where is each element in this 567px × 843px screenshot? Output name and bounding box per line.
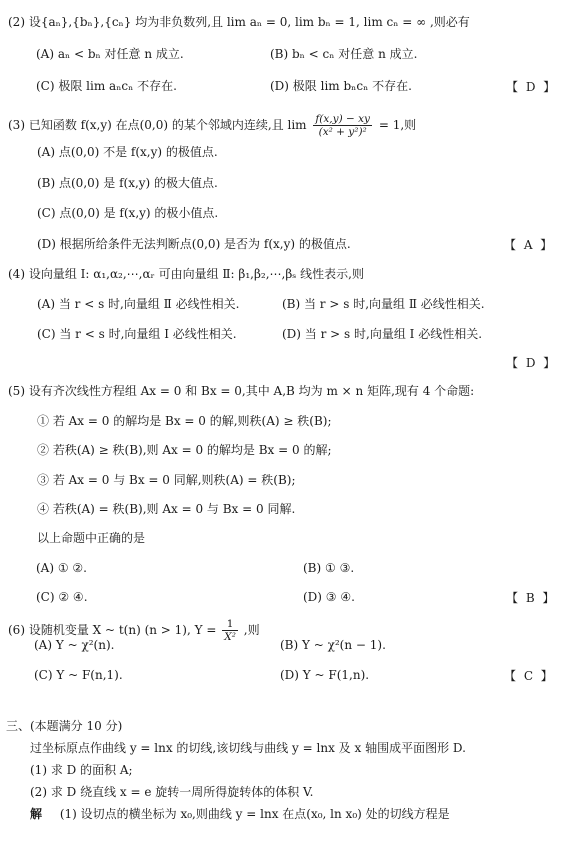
q4-option-a: (A) 当 r < s 时,向量组 Ⅱ 必线性相关.: [37, 296, 239, 312]
q6-stem-tail: ,则: [244, 623, 260, 637]
solution-label: 解: [30, 807, 42, 821]
section3-solution: 解 (1) 设切点的横坐标为 x₀,则曲线 y = lnx 在点(x₀, ln …: [30, 806, 450, 822]
q3-answer: 【 A 】: [504, 236, 554, 253]
section3-heading: 三、(本题满分 10 分): [6, 718, 122, 734]
q5-prompt: 以上命题中正确的是: [37, 530, 145, 546]
q3-option-b: (B) 点(0,0) 是 f(x,y) 的极大值点.: [37, 175, 218, 191]
q3-stem: (3) 已知函数 f(x,y) 在点(0,0) 的某个邻域内连续,且 lim f…: [8, 113, 416, 138]
q5-proposition-1: ① 若 Ax = 0 的解均是 Bx = 0 的解,则秩(A) ≥ 秩(B);: [37, 413, 331, 429]
q2-option-a: (A) aₙ < bₙ 对任意 n 成立.: [36, 46, 184, 62]
q3-fraction-numerator: f(x,y) − xy: [313, 113, 372, 126]
q5-proposition-4: ④ 若秩(A) = 秩(B),则 Ax = 0 与 Bx = 0 同解.: [37, 501, 295, 517]
q5-option-d: (D) ③ ④.: [303, 589, 355, 605]
q2-option-b: (B) bₙ < cₙ 对任意 n 成立.: [270, 46, 417, 62]
q4-option-d: (D) 当 r > s 时,向量组 Ⅰ 必线性相关.: [282, 326, 482, 342]
q3-option-c: (C) 点(0,0) 是 f(x,y) 的极小值点.: [37, 205, 218, 221]
q6-fraction: 1 X²: [222, 618, 238, 643]
q2-option-c: (C) 极限 lim aₙcₙ 不存在.: [36, 78, 177, 94]
section3-part2: (2) 求 D 绕直线 x = e 旋转一周所得旋转体的体积 V.: [30, 784, 313, 800]
q6-stem-text: (6) 设随机变量 X ~ t(n) (n > 1), Y =: [8, 623, 216, 637]
q5-option-a: (A) ① ②.: [36, 560, 87, 576]
section3-intro: 过坐标原点作曲线 y = lnx 的切线,该切线与曲线 y = lnx 及 x …: [30, 740, 466, 756]
q5-option-c: (C) ② ④.: [36, 589, 88, 605]
q2-answer: 【 D 】: [506, 78, 557, 95]
q5-proposition-2: ② 若秩(A) ≥ 秩(B),则 Ax = 0 的解均是 Bx = 0 的解;: [37, 442, 331, 458]
q4-option-b: (B) 当 r > s 时,向量组 Ⅱ 必线性相关.: [282, 296, 485, 312]
q3-stem-text: (3) 已知函数 f(x,y) 在点(0,0) 的某个邻域内连续,且 lim: [8, 118, 307, 132]
q3-option-d: (D) 根据所给条件无法判断点(0,0) 是否为 f(x,y) 的极值点.: [37, 236, 351, 252]
q5-stem: (5) 设有齐次线性方程组 Ax = 0 和 Bx = 0,其中 A,B 均为 …: [8, 383, 474, 399]
q3-fraction: f(x,y) − xy (x² + y²)²: [313, 113, 372, 138]
q3-option-a: (A) 点(0,0) 不是 f(x,y) 的极值点.: [37, 144, 218, 160]
q2-option-d: (D) 极限 lim bₙcₙ 不存在.: [270, 78, 412, 94]
q3-stem-tail: = 1,则: [379, 118, 416, 132]
q6-option-d: (D) Y ~ F(1,n).: [280, 667, 369, 683]
q5-option-b: (B) ① ③.: [303, 560, 354, 576]
q4-option-c: (C) 当 r < s 时,向量组 Ⅰ 必线性相关.: [37, 326, 237, 342]
q4-stem: (4) 设向量组 Ⅰ: α₁,α₂,⋯,αᵣ 可由向量组 Ⅱ: β₁,β₂,⋯,…: [8, 266, 364, 282]
q6-answer: 【 C 】: [504, 667, 555, 684]
q3-fraction-denominator: (x² + y²)²: [313, 126, 372, 138]
q5-proposition-3: ③ 若 Ax = 0 与 Bx = 0 同解,则秩(A) = 秩(B);: [37, 472, 295, 488]
q6-option-c: (C) Y ~ F(n,1).: [34, 667, 123, 683]
q6-option-a: (A) Y ~ χ²(n).: [34, 637, 114, 653]
q4-answer: 【 D 】: [506, 354, 557, 371]
q2-stem: (2) 设{aₙ},{bₙ},{cₙ} 均为非负数列,且 lim aₙ = 0,…: [8, 14, 470, 30]
q5-answer: 【 B 】: [506, 589, 556, 606]
q6-fraction-numerator: 1: [222, 618, 238, 631]
section3-part1: (1) 求 D 的面积 A;: [30, 762, 133, 778]
q6-fraction-denominator: X²: [222, 631, 238, 643]
solution-text: (1) 设切点的横坐标为 x₀,则曲线 y = lnx 在点(x₀, ln x₀…: [60, 807, 450, 821]
q6-option-b: (B) Y ~ χ²(n − 1).: [280, 637, 386, 653]
